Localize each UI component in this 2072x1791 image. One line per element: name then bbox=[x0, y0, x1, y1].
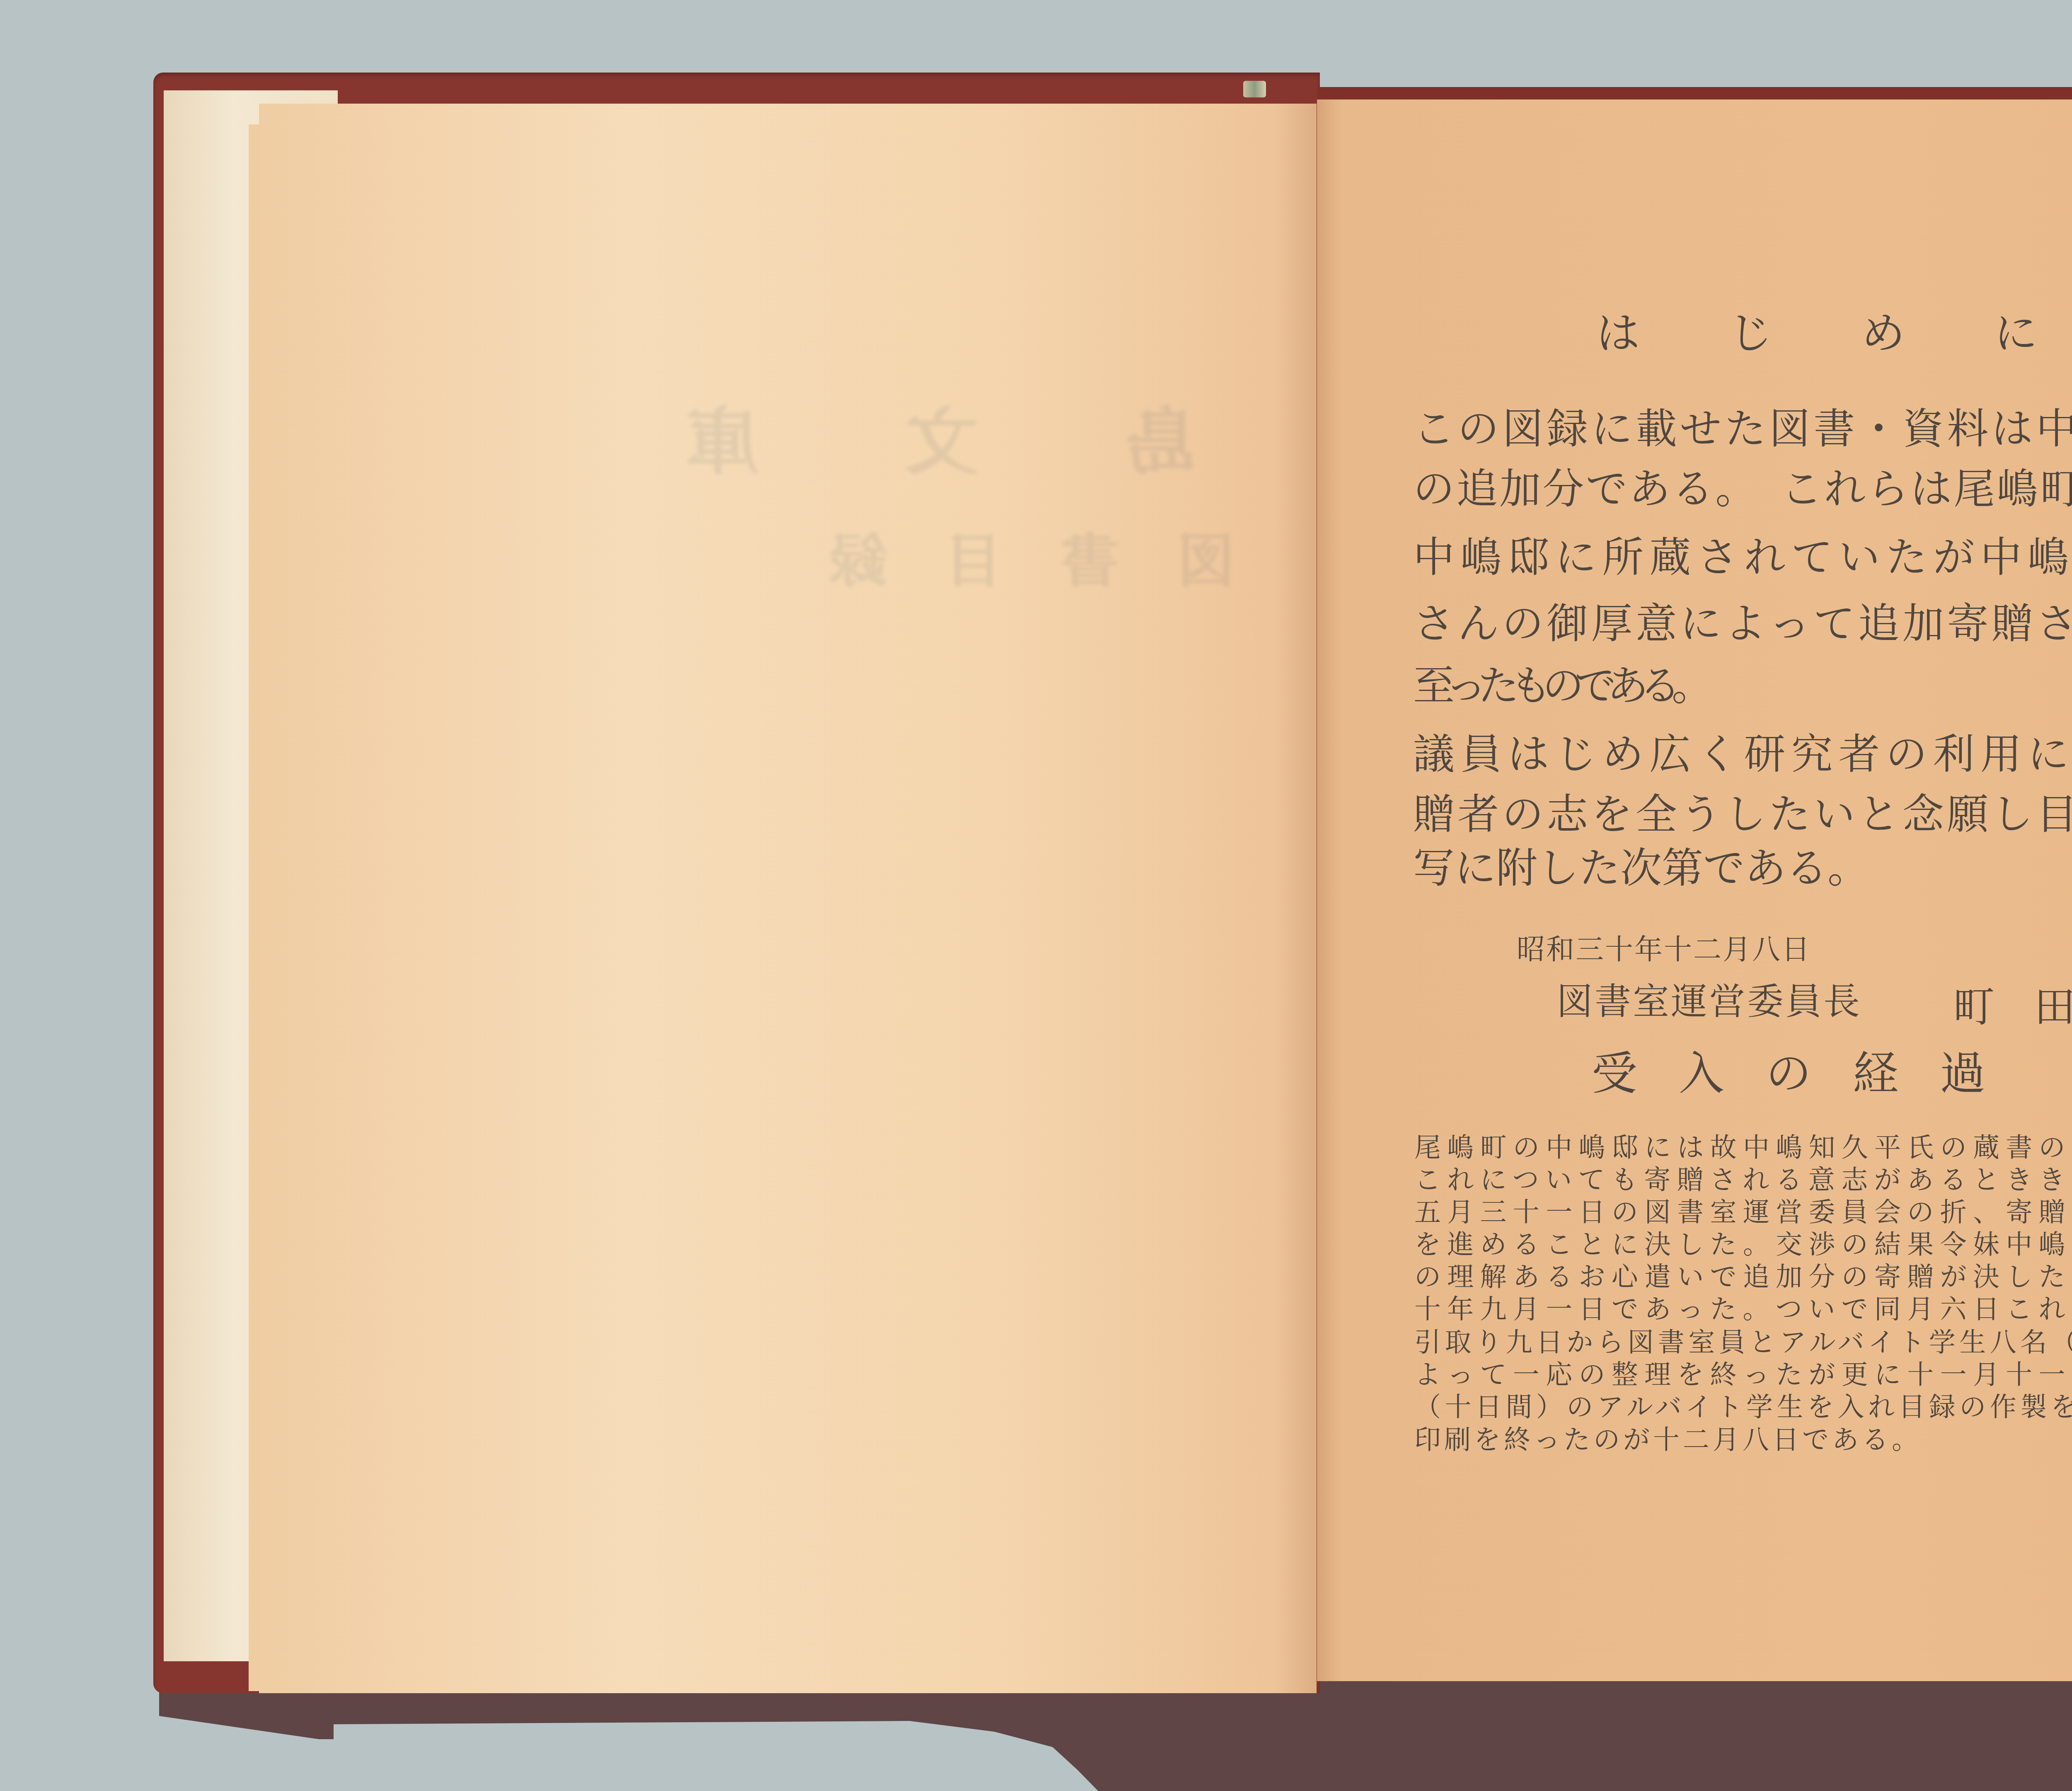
section-line: これについても寄贈される意志があるときき昭和三十年 bbox=[1414, 1167, 2072, 1193]
section-line: 印刷を終ったのが十二月八日である。 bbox=[1414, 1427, 1922, 1453]
section-line: 尾嶋町の中嶋邸には故中嶋知久平氏の蔵書の一部があり bbox=[1414, 1134, 2072, 1161]
preface-title: はじめに bbox=[1596, 312, 2072, 355]
preface-line: 写に附した次第である。 bbox=[1413, 848, 1869, 889]
section-line: 五月三十一日の図書室運営委員会の折、寄贈方の内交渉 bbox=[1414, 1199, 2072, 1226]
preface-line: 贈者の志を全うしたいと念願し目録を謄 bbox=[1413, 794, 2072, 835]
section-heading: 受入の経過 bbox=[1592, 1051, 2027, 1096]
section-line: を進めることに決した。交渉の結果令妹中嶋あや子さん bbox=[1414, 1231, 2072, 1258]
section-line: よって一応の整理を終ったが更に十一月十一日から五名 bbox=[1414, 1362, 2072, 1388]
preface-line: この図録に載せた図書・資料は中島文庫 bbox=[1413, 408, 2072, 450]
preface-line: 議員はじめ広く研究者の利用に供し寄 bbox=[1413, 734, 2072, 775]
show-through-title: 中島文庫 bbox=[539, 406, 1417, 479]
left-page bbox=[259, 104, 1317, 1693]
preface-line: さんの御厚意によって追加寄贈されるに bbox=[1413, 603, 2072, 645]
show-through-subtitle: 図書目録 bbox=[771, 533, 1235, 591]
signatory-name: 町田幸太 bbox=[1953, 986, 2072, 1028]
section-line: 引取り九日から図書室員とアルバイト学生八名（一週間）に bbox=[1414, 1329, 2072, 1356]
preface-date: 昭和三十年十二月八日 bbox=[1517, 936, 1811, 964]
preface-line: 中嶋邸に所蔵されていたが中嶋あや子 bbox=[1413, 537, 2072, 578]
section-line: （十日間）のアルバイト学生を入れ目録の作製を了し謄写版 bbox=[1414, 1394, 2072, 1420]
section-line: の理解あるお心遣いで追加分の寄贈が決したのは昭和三 bbox=[1414, 1264, 2072, 1290]
section-line: 十年九月一日であった。ついで同月六日これを議事堂に bbox=[1414, 1296, 2072, 1323]
preface-line: の追加分である。 これらは尾嶋町押切の bbox=[1413, 468, 2072, 510]
preface-line: 至ったものである。 bbox=[1413, 665, 1704, 707]
spine-headband bbox=[1243, 81, 1266, 97]
signatory-position: 図書室運営委員長 bbox=[1556, 983, 1861, 1020]
